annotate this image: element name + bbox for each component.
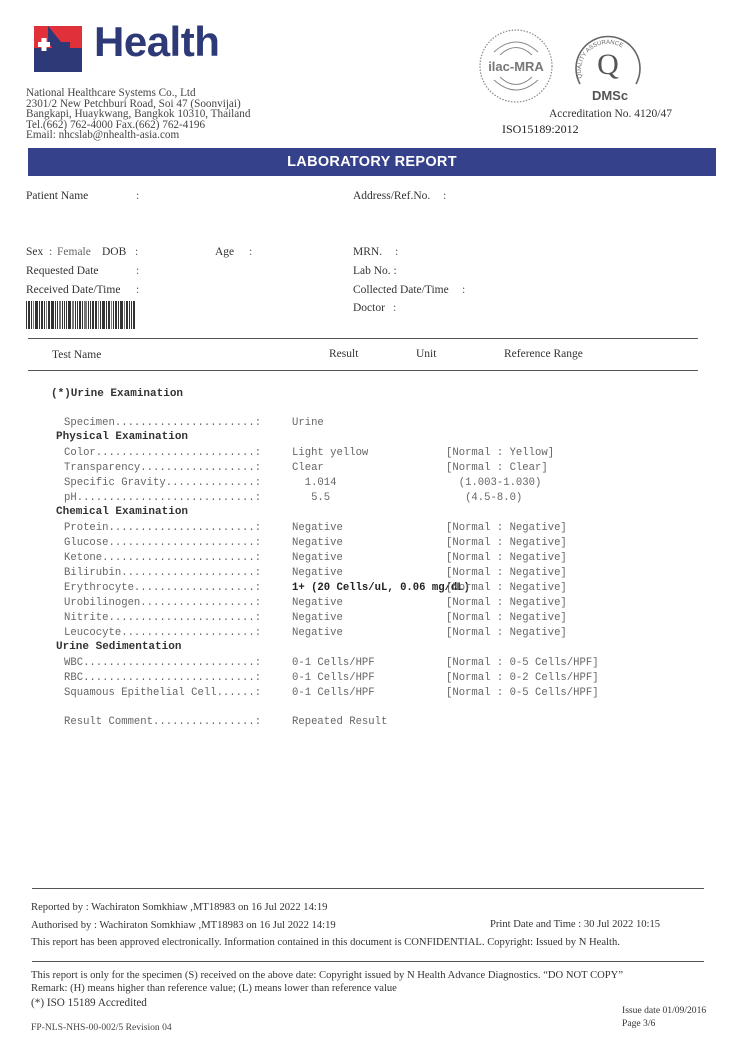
patient-name-label: Patient Name (26, 190, 88, 202)
address-colon: : (443, 190, 446, 202)
barcode-bar (72, 301, 74, 329)
col-result: Result (329, 348, 358, 360)
reference-range: [Normal : Negative] (446, 537, 567, 549)
barcode-bar (124, 301, 125, 329)
report-title-banner: LABORATORY REPORT (28, 148, 716, 176)
ilac-mra-seal-icon: ilac-MRA (478, 28, 554, 104)
barcode-bar (126, 301, 128, 329)
reference-range: [Normal : Negative] (446, 522, 567, 534)
test-result: 0-1 Cells/HPF (292, 672, 375, 684)
reference-range: [Normal : Clear] (446, 462, 548, 474)
accreditation-number: Accreditation No. 4120/47 (549, 108, 672, 120)
barcode-bar (41, 301, 43, 329)
barcode-bar (51, 301, 54, 329)
iso-accredited-note: (*) ISO 15189 Accredited (31, 997, 147, 1009)
barcode-bar (120, 301, 123, 329)
barcode-bar (75, 301, 76, 329)
test-result: 5.5 (292, 492, 330, 504)
test-name: Erythrocyte...................: (64, 582, 261, 594)
test-name: Protein.......................: (64, 522, 261, 534)
barcode-bar (39, 301, 40, 329)
table-header-divider (28, 370, 698, 371)
table-top-divider (28, 338, 698, 339)
test-name: Urobilinogen..................: (64, 597, 261, 609)
barcode-bar (129, 301, 130, 329)
test-name: Color.........................: (64, 447, 261, 459)
company-name: National Healthcare Systems Co., Ltd (26, 88, 250, 99)
patient-name-colon: : (136, 190, 139, 202)
barcode-bar (66, 301, 67, 329)
barcode-bar (57, 301, 58, 329)
barcode-bar (102, 301, 105, 329)
test-result: Light yellow (292, 447, 368, 459)
test-result: Negative (292, 612, 343, 624)
reference-range: [Normal : Negative] (446, 597, 567, 609)
reference-range: [Normal : Negative] (446, 627, 567, 639)
test-result: 1.014 (292, 477, 337, 489)
company-email: Email: nhcslab@nhealth-asia.com (26, 130, 250, 141)
barcode-bar (98, 301, 99, 329)
test-name: WBC...........................: (64, 657, 261, 669)
barcode-bar (106, 301, 107, 329)
iso-standard: ISO15189:2012 (502, 122, 579, 137)
barcode-bar (111, 301, 112, 329)
test-name: Leucocyte.....................: (64, 627, 261, 639)
reference-range: [Normal : 0-5 Cells/HPF] (446, 657, 599, 669)
doctor-label: Doctor (353, 302, 385, 314)
test-result: Negative (292, 597, 343, 609)
test-name: Ketone........................: (64, 552, 261, 564)
footer-top-divider (32, 888, 704, 889)
test-result: Negative (292, 552, 343, 564)
test-name: Squamous Epithelial Cell......: (64, 687, 261, 699)
svg-text:ilac-MRA: ilac-MRA (488, 59, 544, 74)
nhealth-cross-icon (34, 26, 82, 72)
test-name: pH............................: (64, 492, 261, 504)
specimen-barcode (26, 301, 160, 329)
barcode-bar (108, 301, 110, 329)
sex-label: Sex (26, 246, 43, 258)
section-title: Physical Examination (56, 431, 188, 443)
reference-range: [Normal : Negative] (446, 612, 567, 624)
barcode-bar (90, 301, 91, 329)
test-name: Nitrite.......................: (64, 612, 261, 624)
reference-range: [Normal : Yellow] (446, 447, 554, 459)
barcode-bar (48, 301, 50, 329)
barcode-bar (31, 301, 32, 329)
collected-date-colon: : (462, 284, 465, 296)
svg-text:DMSc: DMSc (592, 88, 628, 103)
requested-date-colon: : (136, 265, 139, 277)
company-info: National Healthcare Systems Co., Ltd 230… (26, 88, 250, 141)
footer-mid-divider (32, 961, 704, 962)
barcode-bar (82, 301, 83, 329)
barcode-bar (59, 301, 61, 329)
test-result: Negative (292, 537, 343, 549)
barcode-bar (115, 301, 117, 329)
sex-value: Female (57, 246, 91, 258)
barcode-bar (35, 301, 38, 329)
barcode-bar (100, 301, 101, 329)
barcode-bar (92, 301, 94, 329)
test-result: 0-1 Cells/HPF (292, 657, 375, 669)
test-result: 0-1 Cells/HPF (292, 687, 375, 699)
age-label: Age (215, 246, 234, 258)
barcode-bar (28, 301, 30, 329)
col-test-name: Test Name (52, 349, 101, 361)
barcode-bar (118, 301, 119, 329)
issue-date: Issue date 01/09/2016 (622, 1005, 706, 1016)
dob-colon: : (135, 246, 138, 258)
test-name: Transparency..................: (64, 462, 261, 474)
barcode-bar (88, 301, 89, 329)
reference-range: [Normal : Negative] (446, 552, 567, 564)
reference-range: [Normal : Negative] (446, 582, 567, 594)
address-label: Address/Ref.No. (353, 190, 430, 202)
page-number: Page 3/6 (622, 1018, 655, 1029)
barcode-bar (68, 301, 71, 329)
barcode-bar (44, 301, 45, 329)
received-date-label: Received Date/Time (26, 284, 120, 296)
test-result: Negative (292, 627, 343, 639)
print-date-time: Print Date and Time : 30 Jul 2022 10:15 (490, 919, 660, 930)
reported-by: Reported by : Wachiraton Somkhiaw ,MT189… (31, 902, 327, 913)
reference-range: (4.5-8.0) (446, 492, 522, 504)
test-name: Bilirubin.....................: (64, 567, 261, 579)
test-result: Negative (292, 522, 343, 534)
test-name: Result Comment................: (64, 716, 261, 728)
specimen-copyright-note: This report is only for the specimen (S)… (31, 970, 623, 981)
exam-title: (*)Urine Examination (51, 388, 183, 400)
received-date-colon: : (136, 284, 139, 296)
doctor-colon: : (393, 302, 396, 314)
mrn-label: MRN. (353, 246, 382, 258)
barcode-bar (77, 301, 78, 329)
barcode-bar (131, 301, 132, 329)
barcode-bar (46, 301, 47, 329)
requested-date-label: Requested Date (26, 265, 99, 277)
col-unit: Unit (416, 348, 436, 360)
test-result: Clear (292, 462, 324, 474)
form-code: FP-NLS-NHS-00-002/5 Revision 04 (31, 1022, 172, 1033)
sex-colon: : (49, 246, 52, 258)
test-name: Glucose.......................: (64, 537, 261, 549)
dmsc-quality-seal-icon: Q DMSc QUALITY ASSURANCE (568, 28, 648, 106)
reference-range: [Normal : Negative] (446, 567, 567, 579)
barcode-bar (62, 301, 63, 329)
barcode-bar (26, 301, 27, 329)
mrn-colon: : (395, 246, 398, 258)
test-result: Urine (292, 417, 324, 429)
barcode-bar (84, 301, 87, 329)
test-name: Specific Gravity..............: (64, 477, 261, 489)
lab-no-label: Lab No. : (353, 265, 397, 277)
collected-date-label: Collected Date/Time (353, 284, 449, 296)
barcode-bar (79, 301, 81, 329)
barcode-bar (64, 301, 65, 329)
age-colon: : (249, 246, 252, 258)
logo-text: Health (94, 18, 219, 66)
barcode-bar (33, 301, 34, 329)
svg-text:Q: Q (597, 48, 619, 81)
col-reference-range: Reference Range (504, 348, 583, 360)
test-result: Repeated Result (292, 716, 387, 728)
test-name: RBC...........................: (64, 672, 261, 684)
section-title: Urine Sedimentation (56, 641, 181, 653)
barcode-bar (95, 301, 97, 329)
reference-range: [Normal : 0-5 Cells/HPF] (446, 687, 599, 699)
test-result: Negative (292, 567, 343, 579)
section-title: Chemical Examination (56, 506, 188, 518)
barcode-bar (133, 301, 135, 329)
test-name: Specimen......................: (64, 417, 261, 429)
authorised-by: Authorised by : Wachiraton Somkhiaw ,MT1… (31, 920, 336, 931)
barcode-bar (113, 301, 114, 329)
nhealth-logo: Health (34, 24, 224, 74)
test-result: 1+ (20 Cells/uL, 0.06 mg/dL) (292, 582, 470, 594)
reference-range: (1.003-1.030) (446, 477, 541, 489)
remark-note: Remark: (H) means higher than reference … (31, 983, 397, 994)
barcode-bar (55, 301, 56, 329)
reference-range: [Normal : 0-2 Cells/HPF] (446, 672, 599, 684)
dob-label: DOB (102, 246, 126, 258)
approval-notice: This report has been approved electronic… (31, 937, 620, 948)
